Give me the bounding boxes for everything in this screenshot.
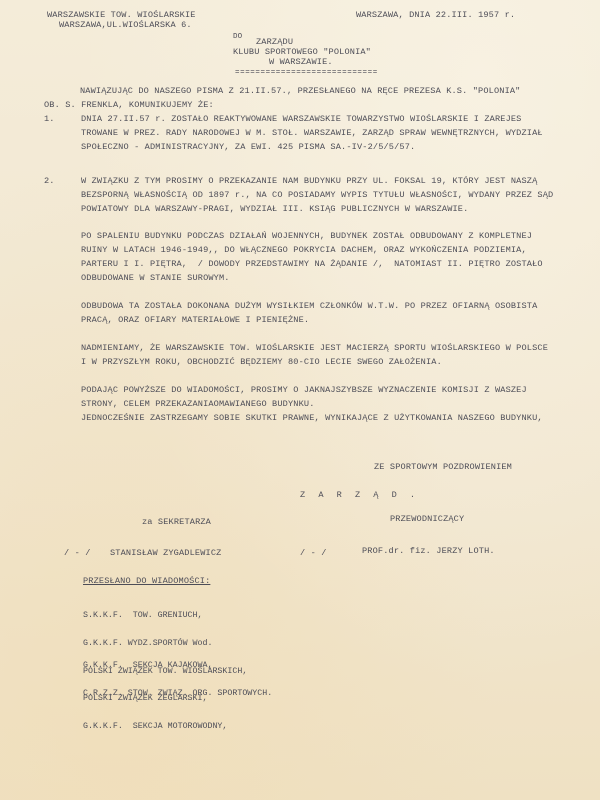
paragraph-1-line-4: ODBUDOWANE W STANIE SUROWYM. xyxy=(81,273,230,283)
recipient-line-1: ZARZĄDU xyxy=(256,37,293,47)
point-1-number: 1. xyxy=(44,114,55,124)
paragraph-1-line-3: PARTERU I I. PIĘTRA, / DOWODY PRZEDSTAWI… xyxy=(81,259,543,269)
secretary-title: za SEKRETARZA xyxy=(142,517,211,527)
sender-line-1: WARSZAWSKIE TOW. WIOŚLARSKIE xyxy=(47,10,196,20)
paragraph-4-line-3: JEDNOCZEŚNIE ZASTRZEGAMY SOBIE SKUTKI PR… xyxy=(81,413,543,423)
point-2-line-1: W ZWIĄZKU Z TYM PROSIMY O PRZEKAZANIE NA… xyxy=(81,176,537,186)
point-1-line-2: TROWANE W PREZ. RADY NARODOWEJ W M. STOŁ… xyxy=(81,128,543,138)
secretary-signature-mark: / - / xyxy=(64,548,91,558)
distribution-item: C.R.Z.Z. STOW. ZWIĄZ. ORG. SPORTOWYCH. xyxy=(83,689,272,698)
distribution-item: G.K.K.F. SEKCJA MOTOROWODNY, xyxy=(83,722,247,731)
chairman-name: PROF.dr. fiz. JERZY LOTH. xyxy=(362,546,495,556)
point-1-line-1: DNIA 27.II.57 r. ZOSTAŁO REAKTYWOWANE WA… xyxy=(81,114,522,124)
paragraph-3-line-2: I W PRZYSZŁYM ROKU, OBCHODZIĆ BĘDZIEMY 8… xyxy=(81,357,442,367)
closing-board: Z A R Z Ą D . xyxy=(300,490,419,500)
paragraph-1-line-2: RUINY W LATACH 1946-1949,, DO WŁĄCZNEGO … xyxy=(81,245,527,255)
paragraph-4-line-2: STRONY, CELEM PRZEKAZANIAOMAWIANEGO BUDY… xyxy=(81,399,315,409)
paragraph-1-line-1: PO SPALENIU BUDYNKU PODCZAS DZIAŁAŃ WOJE… xyxy=(81,231,532,241)
point-1-line-3: SPOŁECZNO - ADMINISTRACYJNY, ZA EWI. 425… xyxy=(81,142,415,152)
secretary-name: STANISŁAW ZYGADLEWICZ xyxy=(110,548,221,558)
point-2-line-3: POWIATOWY DLA WARSZAWY-PRAGI, WYDZIAŁ II… xyxy=(81,204,468,214)
recipient-line-2: KLUBU SPORTOWEGO "POLONIA" xyxy=(233,47,371,57)
sender-line-2: WARSZAWA,UL.WIOŚLARSKA 6. xyxy=(59,20,192,30)
distribution-item: G.K.K.F. SEKCJA KAJAKOWA, xyxy=(83,661,272,670)
distribution-item: S.K.K.F. TOW. GRENIUCH, xyxy=(83,611,247,620)
distribution-group-2: G.K.K.F. SEKCJA KAJAKOWA, C.R.Z.Z. STOW.… xyxy=(83,643,272,707)
recipient-prefix: DO xyxy=(233,32,242,42)
intro-line-2: OB. S. FRENKLA, KOMUNIKUJEMY ŻE: xyxy=(44,100,214,110)
closing-greeting: ZE SPORTOWYM POZDROWIENIEM xyxy=(374,462,512,472)
distribution-heading: PRZESŁANO DO WIADOMOŚCI: xyxy=(83,576,210,586)
intro-line-1: NAWIĄZUJĄC DO NASZEGO PISMA Z 21.II.57.,… xyxy=(80,86,521,96)
date-line: WARSZAWA, DNIA 22.III. 1957 r. xyxy=(356,10,515,20)
chairman-signature-mark: / - / xyxy=(300,548,327,558)
paragraph-2-line-1: ODBUDOWA TA ZOSTAŁA DOKONANA DUŻYM WYSIŁ… xyxy=(81,301,537,311)
point-2-line-2: BEZSPORNĄ WŁASNOŚCIĄ OD 1897 r., NA CO P… xyxy=(81,190,553,200)
recipient-line-3: W WARSZAWIE. xyxy=(269,57,333,67)
paragraph-4-line-1: PODAJĄC POWYŻSZE DO WIADOMOŚCI, PROSIMY … xyxy=(81,385,527,395)
paragraph-2-line-2: PRACĄ, ORAZ OFIARY MATERIAŁOWE I PIENIĘŻ… xyxy=(81,315,309,325)
recipient-rule: ============================ xyxy=(235,68,378,78)
point-2-number: 2. xyxy=(44,176,55,186)
chairman-title: PRZEWODNICZĄCY xyxy=(390,514,464,524)
paragraph-3-line-1: NADMIENIAMY, ŻE WARSZAWSKIE TOW. WIOŚLAR… xyxy=(81,343,548,353)
